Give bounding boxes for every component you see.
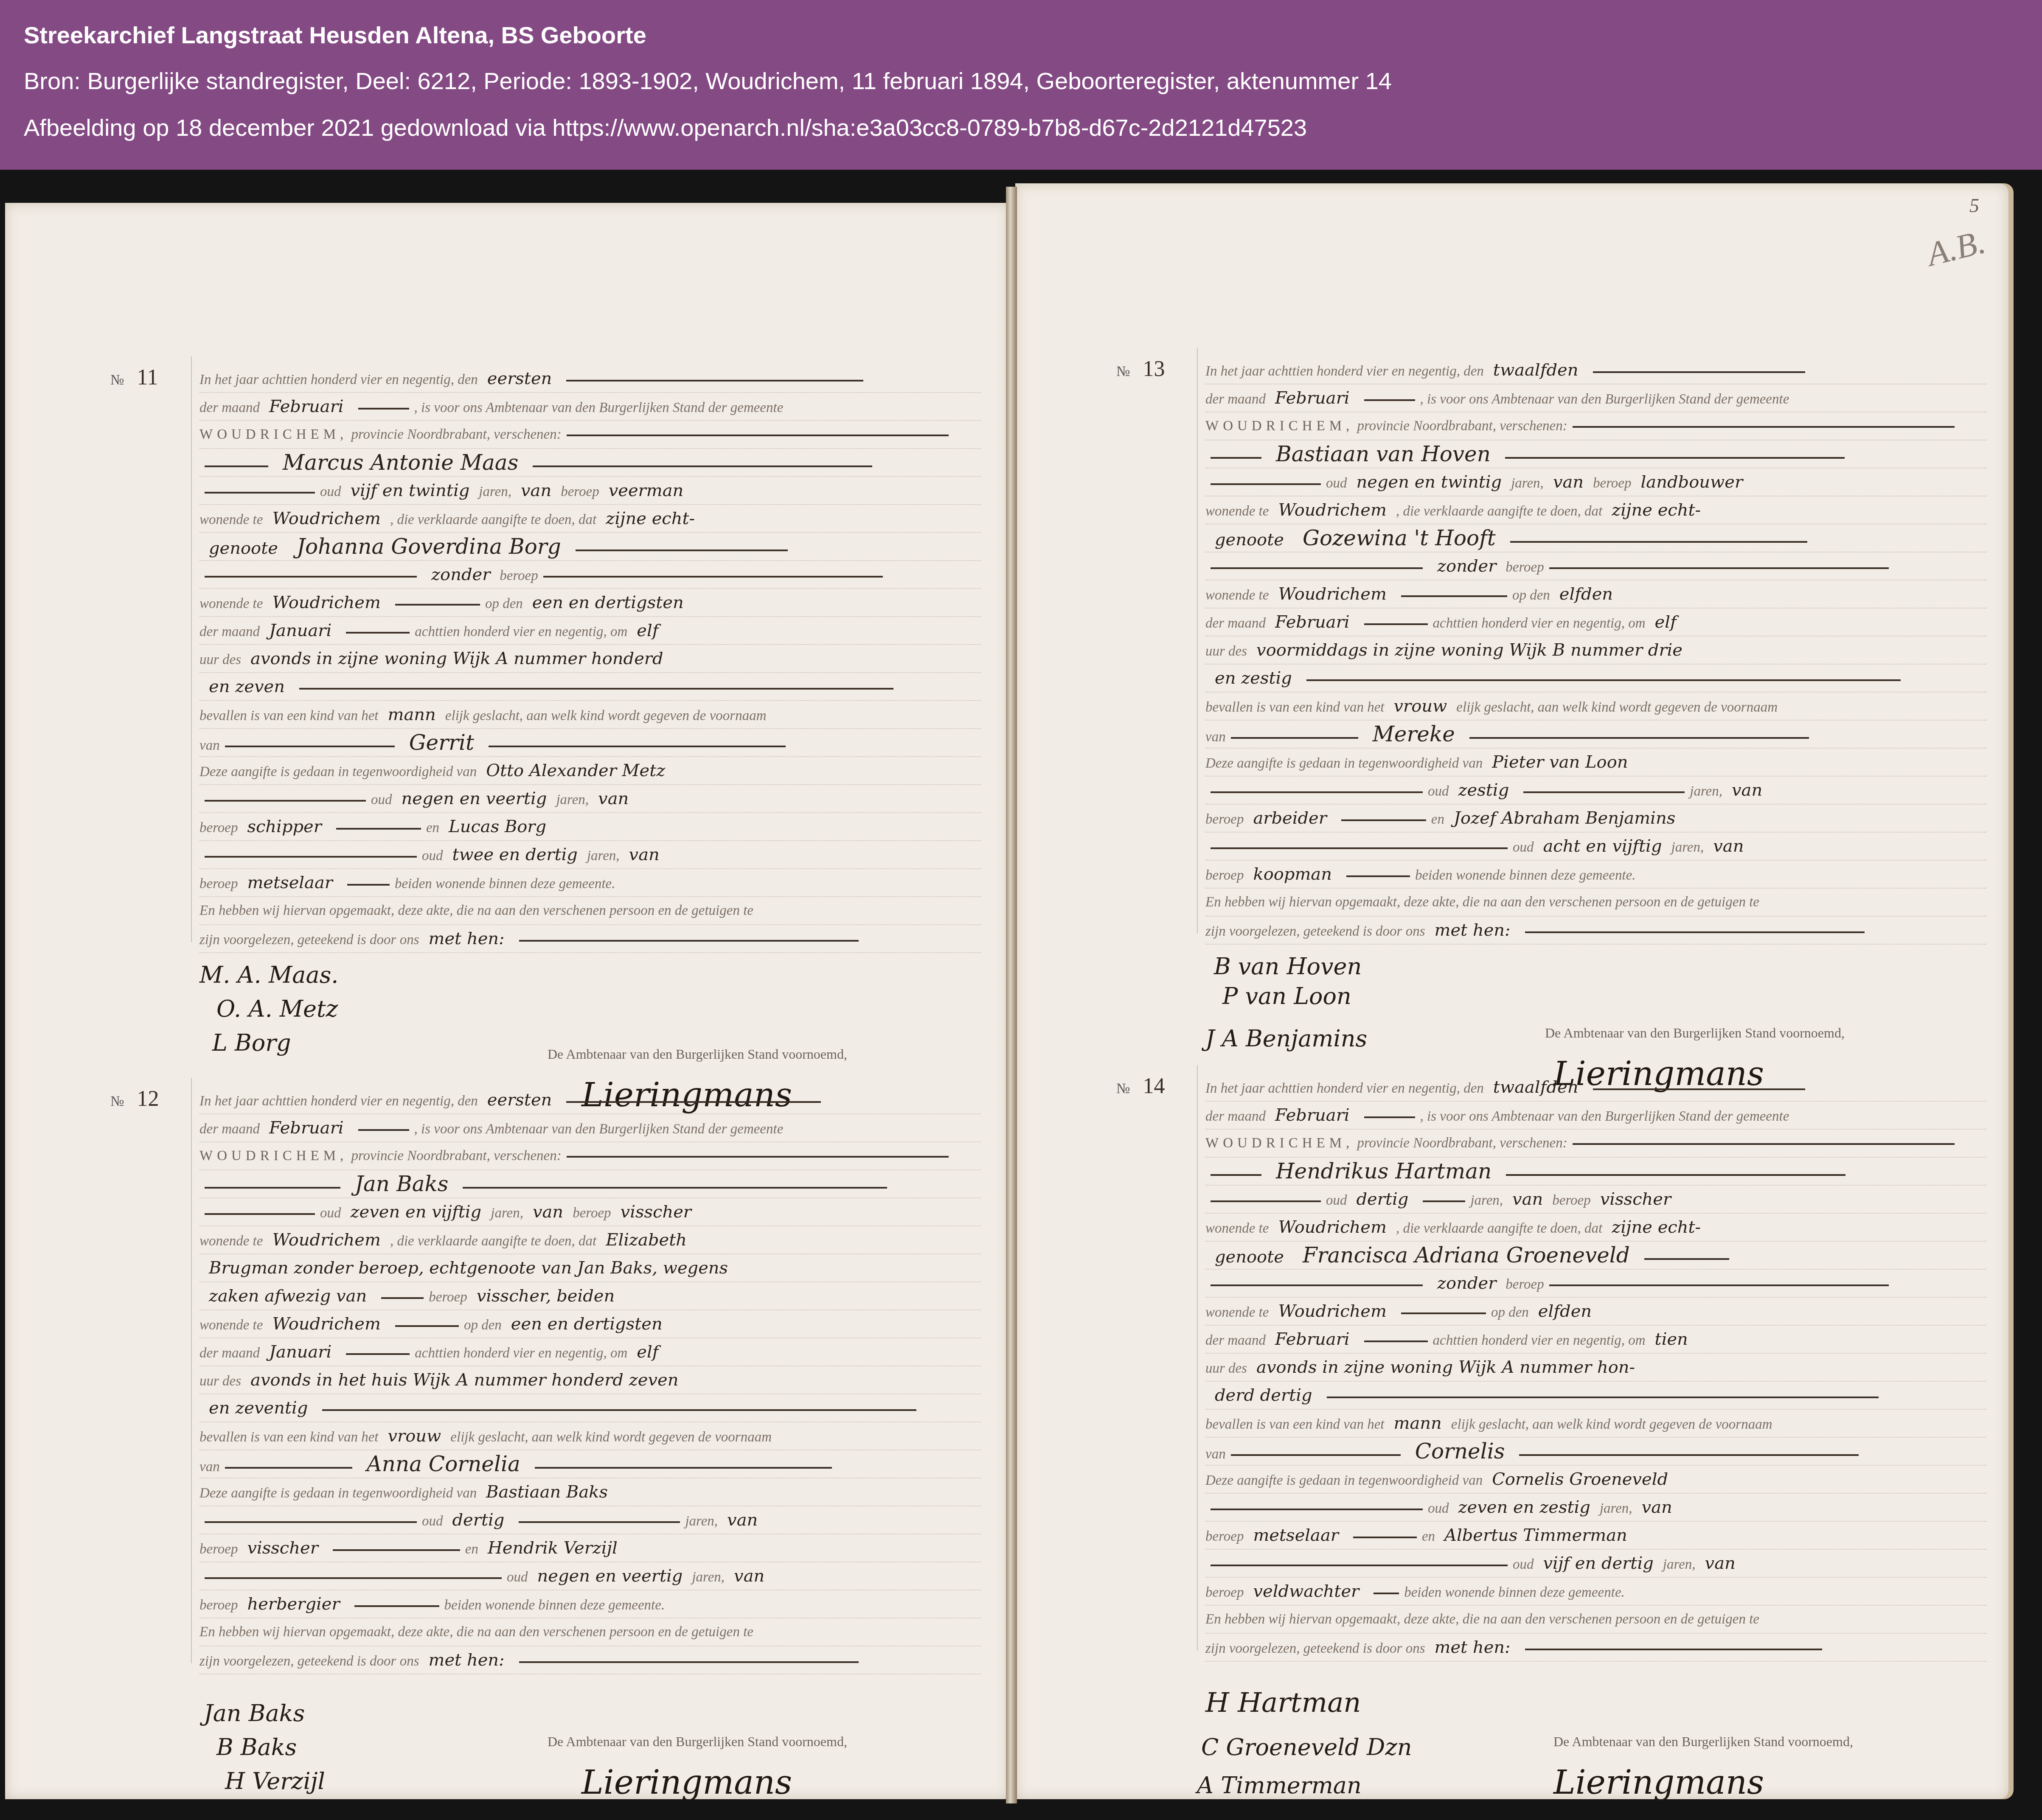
birth-record-14: №14 In het jaar achttien honderd vier en…: [1205, 1074, 1986, 1798]
child-name: Gerrit: [409, 730, 474, 755]
birth-record-11: №11 In het jaar achttien honderd vier en…: [199, 365, 980, 1089]
record-number: №14: [1116, 1074, 1165, 1099]
signatures: M. A. Maas. O. A. Metz L Borg De Ambtena…: [199, 962, 980, 1089]
signatures: B van Hoven P van Loon J A Benjamins De …: [1205, 953, 1986, 1080]
margin-rule: [191, 1078, 192, 1663]
declarant-name: Hendrikus Hartman: [1276, 1159, 1491, 1183]
child-name: Anna Cornelia: [367, 1452, 520, 1476]
page-number: 5: [1969, 194, 1979, 217]
declarant-name: Jan Baks: [355, 1172, 448, 1196]
record-number: №13: [1116, 356, 1165, 381]
record-number: №11: [110, 365, 158, 390]
book-spine: [1006, 187, 1017, 1803]
declarant-name: Marcus Antonie Maas: [283, 450, 518, 475]
margin-rule: [1197, 348, 1198, 934]
birth-record-12: №12 In het jaar achttien honderd vier en…: [199, 1086, 980, 1810]
margin-rule: [1197, 1065, 1198, 1651]
mother-name: Gozewina 't Hooft: [1303, 526, 1496, 550]
signatures: Jan Baks B Baks H Verzijl De Ambtenaar v…: [199, 1683, 980, 1810]
birth-record-13: №13 In het jaar achttien honderd vier en…: [1205, 356, 1986, 1080]
day: eersten: [487, 369, 552, 388]
declarant-name: Bastiaan van Hoven: [1276, 442, 1491, 466]
download-line: Afbeelding op 18 december 2021 gedownloa…: [24, 114, 1307, 141]
source-line: Bron: Burgerlijke standregister, Deel: 6…: [24, 67, 1392, 95]
mother-name: Johanna Goverdina Borg: [297, 534, 561, 559]
child-name: Cornelis: [1415, 1439, 1505, 1464]
mother-name: Francisca Adriana Groeneveld: [1303, 1243, 1630, 1268]
margin-rule: [191, 356, 192, 942]
child-name: Mereke: [1373, 722, 1455, 746]
record-number: №12: [110, 1086, 159, 1111]
official-signature: Lieringmans: [1553, 1764, 1764, 1802]
archive-banner: Streekarchief Langstraat Heusden Altena,…: [0, 0, 2042, 170]
month: Februari: [269, 397, 344, 416]
signatures: H Hartman C Groeneveld Dzn A Timmerman D…: [1205, 1670, 1986, 1798]
official-signature: Lieringmans: [581, 1764, 792, 1802]
archive-title: Streekarchief Langstraat Heusden Altena,…: [24, 21, 646, 49]
